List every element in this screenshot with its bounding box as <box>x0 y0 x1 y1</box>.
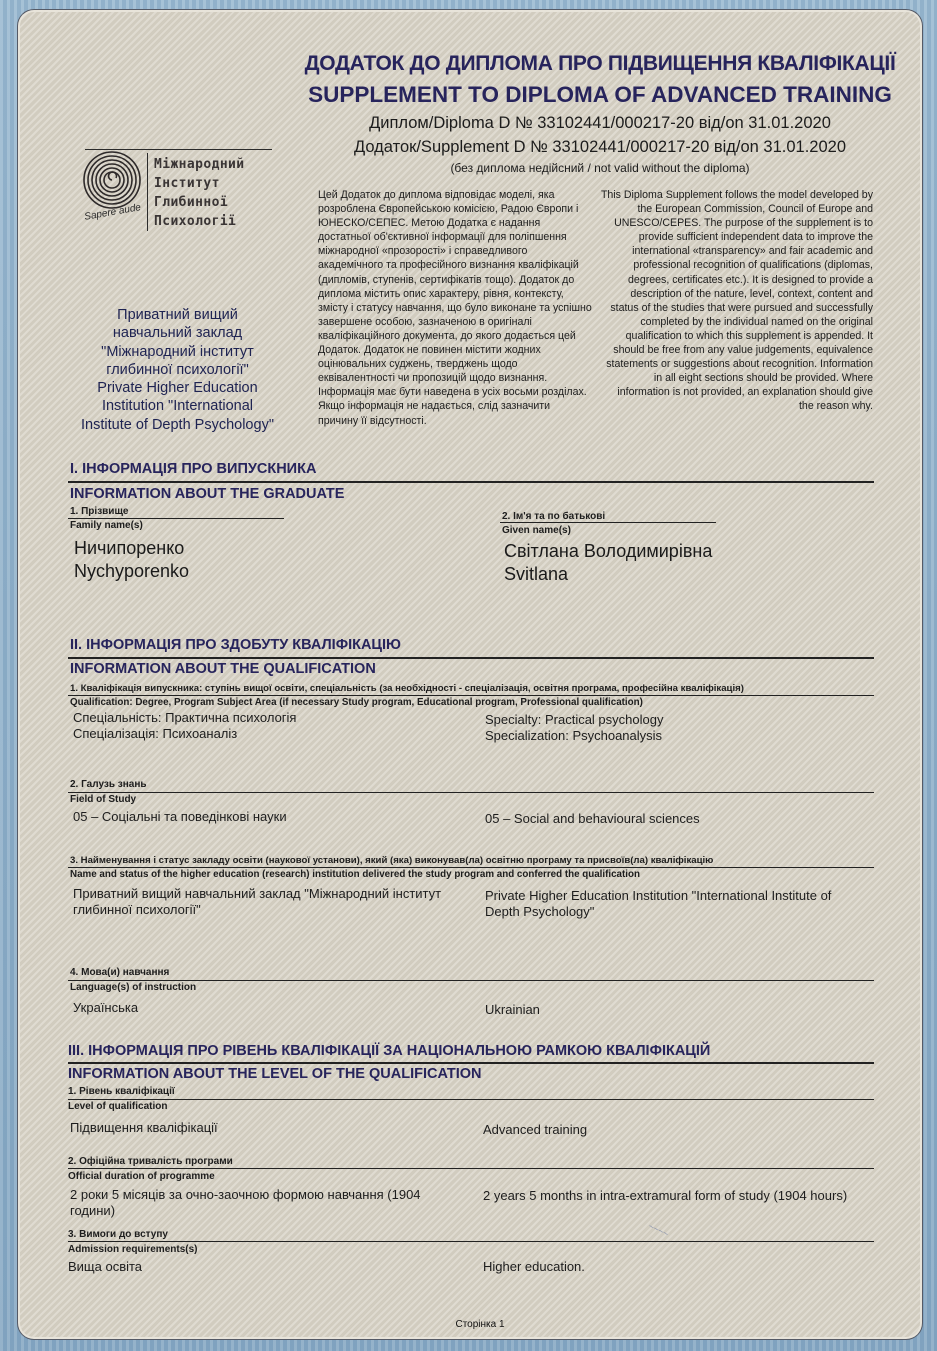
qualification-label-uk: 1. Кваліфікація випускника: ступінь вищо… <box>70 683 744 694</box>
level-label-uk: 1. Рівень кваліфікації <box>68 1086 175 1097</box>
title-ukrainian: ДОДАТОК ДО ДИПЛОМА ПРО ПІДВИЩЕННЯ КВАЛІФ… <box>285 52 915 76</box>
given-name-label-uk: 2. Ім'я та по батькові <box>502 511 605 522</box>
field-of-study-en: 05 – Social and behavioural sciences <box>485 811 700 826</box>
family-name-uk: Ничипоренко <box>74 537 184 560</box>
field-of-study-uk: 05 – Соціальні та поведінкові науки <box>73 809 287 824</box>
section-3-rule <box>68 1062 874 1064</box>
given-name-rule <box>500 522 716 523</box>
logo-line: Міжнародний <box>154 155 245 174</box>
section-1-title-uk: I. ІНФОРМАЦІЯ ПРО ВИПУСКНИКА <box>70 461 316 477</box>
admission-label-uk: 3. Вимоги до вступу <box>68 1229 168 1240</box>
institution-label-uk: 3. Найменування і статус закладу освіти … <box>70 855 713 866</box>
given-name-label-en: Given name(s) <box>502 525 571 536</box>
institution-line: Institution "International <box>70 397 285 415</box>
field-of-study-label-uk: 2. Галузь знань <box>70 779 147 790</box>
language-rule <box>68 980 874 981</box>
language-label-en: Language(s) of instruction <box>70 982 196 993</box>
duration-uk: 2 роки 5 місяців за очно-заочною формою … <box>70 1187 450 1219</box>
section-2-title-uk: II. ІНФОРМАЦІЯ ПРО ЗДОБУТУ КВАЛІФІКАЦІЮ <box>70 637 401 653</box>
specialty-uk: Спеціальність: Практична психологія <box>73 710 296 725</box>
section-2-title-en: INFORMATION ABOUT THE QUALIFICATION <box>70 661 376 677</box>
admission-uk: Вища освіта <box>68 1259 142 1274</box>
institution-label-en: Name and status of the higher education … <box>70 869 640 880</box>
institution-line: Приватний вищий <box>70 306 285 324</box>
section-3-title-uk: III. ІНФОРМАЦІЯ ПРО РІВЕНЬ КВАЛІФІКАЦІЇ … <box>68 1043 710 1059</box>
institution-line: навчальний заклад <box>70 324 285 342</box>
language-en: Ukrainian <box>485 1002 540 1017</box>
given-name-en: Svitlana <box>504 563 568 586</box>
intro-english: This Diploma Supplement follows the mode… <box>600 188 873 414</box>
institution-rule <box>68 867 874 868</box>
title-english: SUPPLEMENT TO DIPLOMA OF ADVANCED TRAINI… <box>285 82 915 108</box>
section-2-rule <box>68 657 874 659</box>
section-3-title-en: INFORMATION ABOUT THE LEVEL OF THE QUALI… <box>68 1066 482 1082</box>
institution-value-en: Private Higher Education Institution "In… <box>485 888 865 920</box>
qualification-rule <box>68 695 874 696</box>
page-number: Сторінка 1 <box>420 1319 540 1330</box>
institution-line: Institute of Depth Psychology" <box>70 416 285 434</box>
given-name-uk: Світлана Володимирівна <box>504 540 712 563</box>
duration-label-uk: 2. Офіційна тривалість програми <box>68 1156 233 1167</box>
family-name-label-en: Family name(s) <box>70 520 143 531</box>
institution-value-uk: Приватний вищий навчальний заклад "Міжна… <box>73 886 473 918</box>
specialization-en: Specialization: Psychoanalysis <box>485 728 662 743</box>
duration-rule <box>68 1168 874 1169</box>
level-en: Advanced training <box>483 1122 587 1137</box>
supplement-number: Додаток/Supplement D № 33102441/000217-2… <box>285 138 915 157</box>
diploma-number: Диплом/Diploma D № 33102441/000217-20 ві… <box>285 114 915 133</box>
family-name-rule <box>68 518 284 519</box>
level-label-en: Level of qualification <box>68 1101 167 1112</box>
section-1-rule <box>68 481 874 483</box>
logo-line: Глибинної <box>154 193 245 212</box>
institution-name: Приватний вищий навчальний заклад "Міжна… <box>70 306 285 434</box>
section-1-title-en: INFORMATION ABOUT THE GRADUATE <box>70 486 344 502</box>
specialization-uk: Спеціалізація: Психоаналіз <box>73 726 237 741</box>
level-uk: Підвищення кваліфікації <box>70 1120 218 1135</box>
logo-line: Психології <box>154 212 245 231</box>
logo-line: Інститут <box>154 174 245 193</box>
intro-ukrainian: Цей Додаток до диплома відповідає моделі… <box>318 188 593 428</box>
duration-en: 2 years 5 months in intra-extramural for… <box>483 1188 847 1203</box>
logo-text: Міжнародний Інститут Глибинної Психологі… <box>154 155 245 231</box>
level-rule <box>68 1099 874 1100</box>
admission-label-en: Admission requirements(s) <box>68 1244 197 1255</box>
duration-label-en: Official duration of programme <box>68 1171 215 1182</box>
institution-line: глибинної психології" <box>70 361 285 379</box>
field-of-study-rule <box>68 792 874 793</box>
family-name-label-uk: 1. Прізвище <box>70 506 128 517</box>
qualification-label-en: Qualification: Degree, Program Subject A… <box>70 697 643 708</box>
admission-en: Higher education. <box>483 1259 585 1274</box>
language-label-uk: 4. Мова(и) навчання <box>70 967 169 978</box>
validity-note: (без диплома недійсний / not valid witho… <box>285 161 915 175</box>
language-uk: Українська <box>73 1000 138 1015</box>
institution-line: "Міжнародний інститут <box>70 343 285 361</box>
specialty-en: Specialty: Practical psychology <box>485 712 663 727</box>
family-name-en: Nychyporenko <box>74 560 189 583</box>
logo-vertical-divider <box>147 153 148 231</box>
admission-rule <box>68 1241 874 1242</box>
field-of-study-label-en: Field of Study <box>70 794 136 805</box>
institution-line: Private Higher Education <box>70 379 285 397</box>
